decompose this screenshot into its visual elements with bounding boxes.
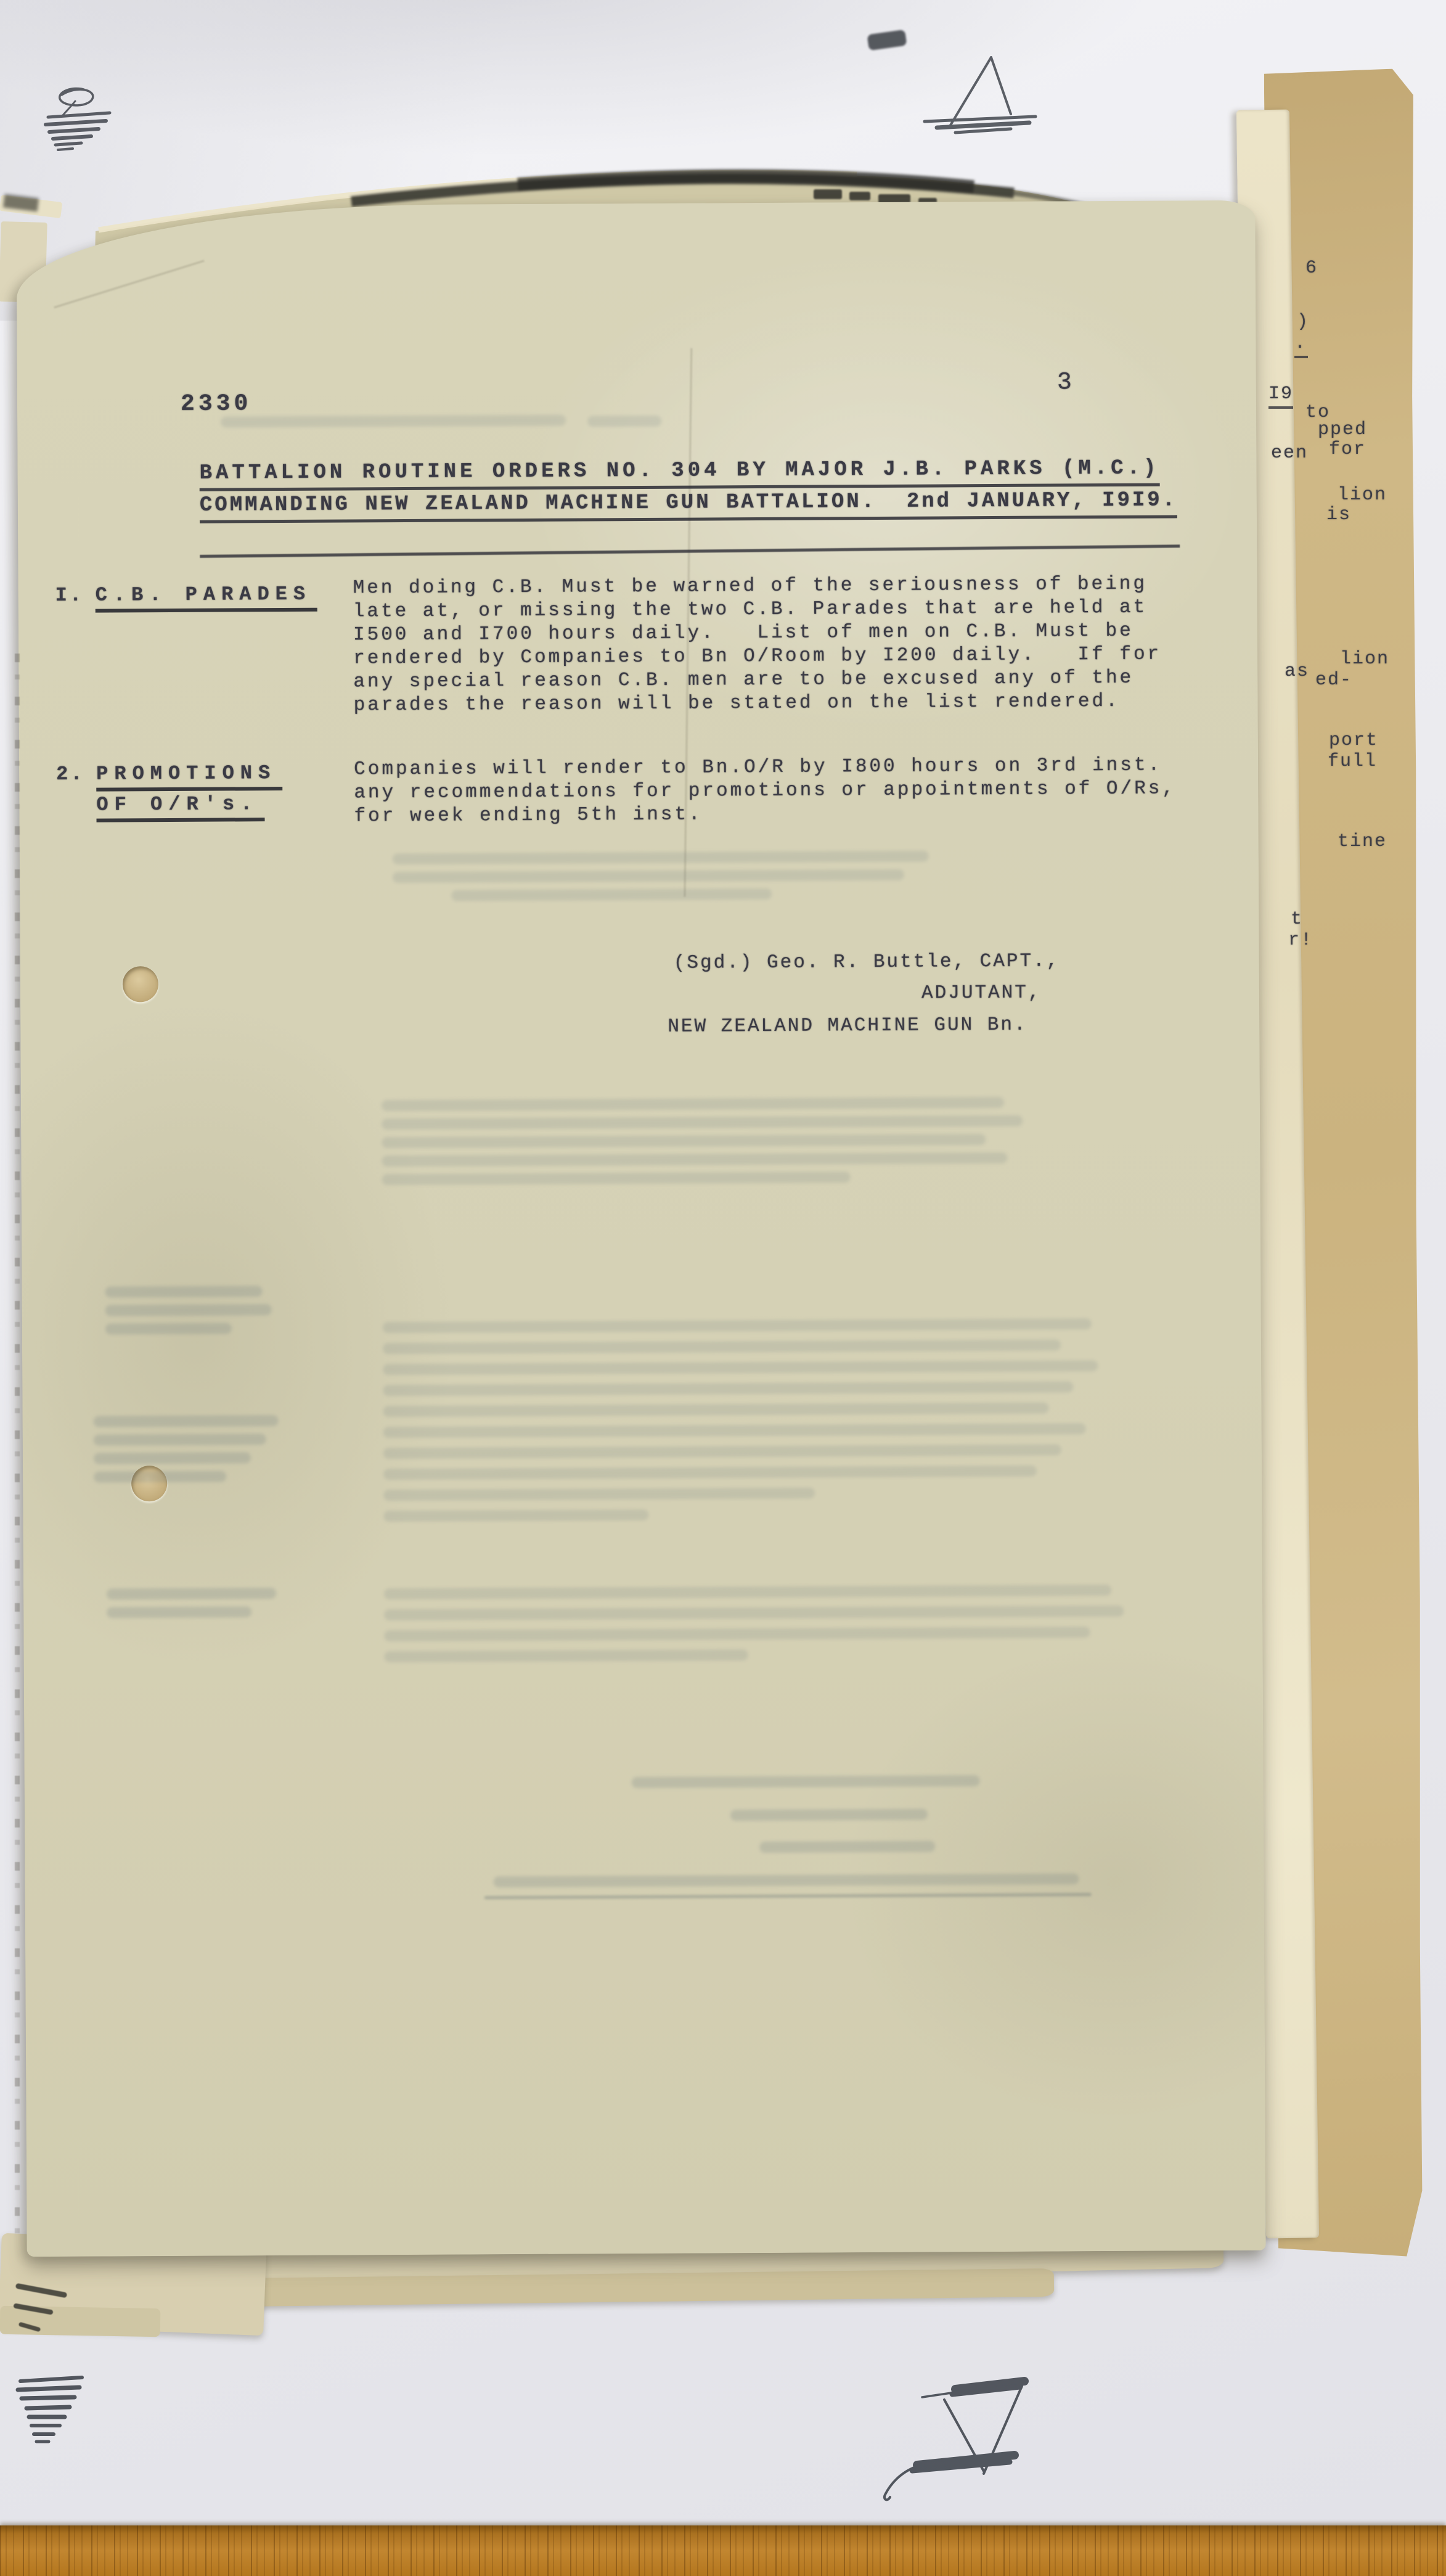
edge-text-fragment: as [1285,661,1309,682]
edge-text-fragment: ed- [1315,670,1352,691]
edge-text-fragment: tine [1338,831,1387,852]
signature-line-1: (Sgd.) Geo. R. Buttle, CAPT., [674,950,1060,974]
ghost-text-line [382,1134,986,1148]
item-2-body-line: for week ending 5th inst. [354,803,702,827]
edge-text-fragment: een [1271,443,1308,464]
signature-line-3: NEW ZEALAND MACHINE GUN Bn. [668,1014,1027,1038]
ghost-text-line [105,1286,262,1297]
photo-of-document: 2330 3 BATTALION ROUTINE ORDERS NO. 304 … [0,0,1446,2576]
ghost-text-line [393,851,929,865]
item-1-number: I. [55,584,84,607]
sheet-corner-top-left [0,195,62,218]
order-heading-line-2: COMMANDING NEW ZEALAND MACHINE GUN BATTA… [200,488,1177,523]
edge-text-fragment: I9 [1268,384,1293,409]
ghost-text-line [382,1152,1007,1167]
ghost-text-line [221,415,566,428]
ghost-text-line [385,1649,748,1662]
ghost-signature-line [493,1873,1079,1887]
ghost-text-line [451,888,772,901]
pencil-scribble-bottom-left [15,2374,92,2457]
file-number: 2330 [181,390,251,417]
wooden-table-surface [0,2525,1446,2576]
edge-text-fragment: full [1328,751,1377,772]
ghost-signature-line [632,1775,980,1788]
signature-line-2: ADJUTANT, [921,982,1042,1004]
ghost-text-line [393,869,904,883]
pencil-smudge-top-right [867,30,907,51]
item-1-body-line: rendered by Companies to Bn O/Room by I2… [353,644,1161,670]
ghost-text-line [383,1318,1092,1333]
item-2-body-line: Companies will render to Bn.O/R by I800 … [354,755,1162,781]
pencil-triangle-top-right [918,52,1048,142]
item-2-body-line: any recommendations for promotions or ap… [354,777,1176,803]
ghost-text-line [94,1415,279,1427]
item-2-number: 2. [56,763,85,786]
edge-text-fragment: for [1329,439,1366,460]
stack-left-edge-speckles [15,654,20,2244]
ghost-text-line [94,1434,266,1445]
ghost-text-line [383,1488,815,1501]
ghost-text-line [105,1304,272,1316]
ghost-signature-line [730,1809,928,1821]
punch-hole [123,966,158,1002]
routine-orders-page: 2330 3 BATTALION ROUTINE ORDERS NO. 304 … [16,200,1265,2257]
pencil-scribble-top-left [37,80,129,157]
edge-text-fragment: 6 [1305,258,1318,279]
ghost-text-line [94,1452,251,1464]
ghost-text-line [384,1626,1090,1641]
ghost-text-line [383,1423,1086,1438]
edge-text-fragment: t [1291,909,1303,930]
item-1-body-line: I500 and I700 hours daily. List of men o… [353,620,1134,646]
item-1-body-line: any special reason C.B. men are to be ex… [353,667,1134,693]
ghost-text-line [384,1606,1124,1620]
ghost-text-line [383,1466,1037,1480]
ghost-text-line [107,1588,276,1599]
bottom-left-dark-smudge [11,2276,79,2338]
ghost-text-line [382,1097,1004,1111]
edge-text-fragment: . [1294,333,1308,358]
edge-text-fragment: r! [1288,930,1313,951]
edge-text-fragment: lion [1340,649,1389,670]
ghost-text-line [383,1360,1098,1375]
page-number: 3 [1057,369,1073,396]
ghost-text-line [105,1323,232,1334]
wood-grain [0,2525,1446,2576]
edge-text-fragment: pped [1318,419,1367,440]
ghost-text-line [384,1585,1111,1599]
ghost-text-line [587,416,661,427]
ghost-signature-underline [484,1893,1092,1899]
pencil-scribble-bottom-right [863,2368,1042,2512]
ghost-text-line [382,1171,851,1185]
edge-text-fragment: ) [1297,311,1309,332]
ghost-text-line [383,1444,1061,1459]
ghost-text-line [383,1509,648,1522]
ghost-signature-line [759,1841,935,1853]
ghost-text-line [383,1339,1061,1354]
item-1-label: C.B. PARADES [96,583,318,613]
item-2-label: PROMOTIONS [96,761,282,792]
order-heading-line-1: BATTALION ROUTINE ORDERS NO. 304 BY MAJO… [199,457,1159,491]
item-1-body-line: Men doing C.B. Must be warned of the ser… [353,573,1147,599]
diagonal-crease [54,260,204,308]
edge-text-fragment: port [1329,730,1378,751]
ghost-text-line [383,1403,1049,1417]
item-1-body-line: parades the reason will be stated on the… [353,691,1119,716]
edge-text-fragment: is [1326,504,1351,525]
item-1-body-line: late at, or missing the two C.B. Parades… [353,597,1148,623]
ghost-text-line [382,1115,1023,1130]
item-2-label: OF O/R's. [96,792,264,822]
edge-text-fragment: lion [1338,485,1387,506]
ghost-text-line [107,1606,251,1618]
ghost-text-line [94,1471,226,1483]
ghost-text-line [383,1381,1073,1396]
